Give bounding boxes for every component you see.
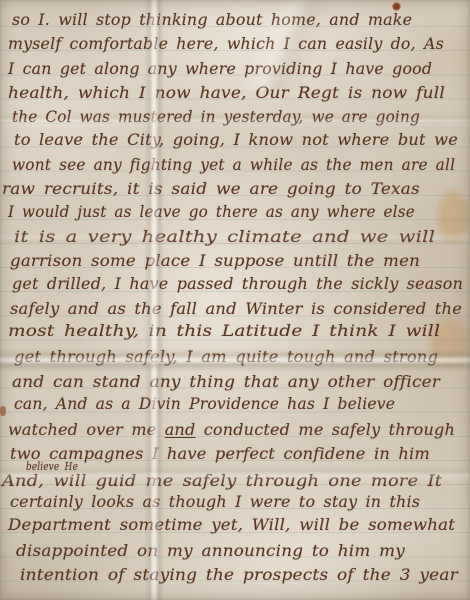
scan-edge-vignette — [0, 0, 470, 600]
letter-scan-page: so I. will stop thinking about home, and… — [0, 0, 470, 600]
